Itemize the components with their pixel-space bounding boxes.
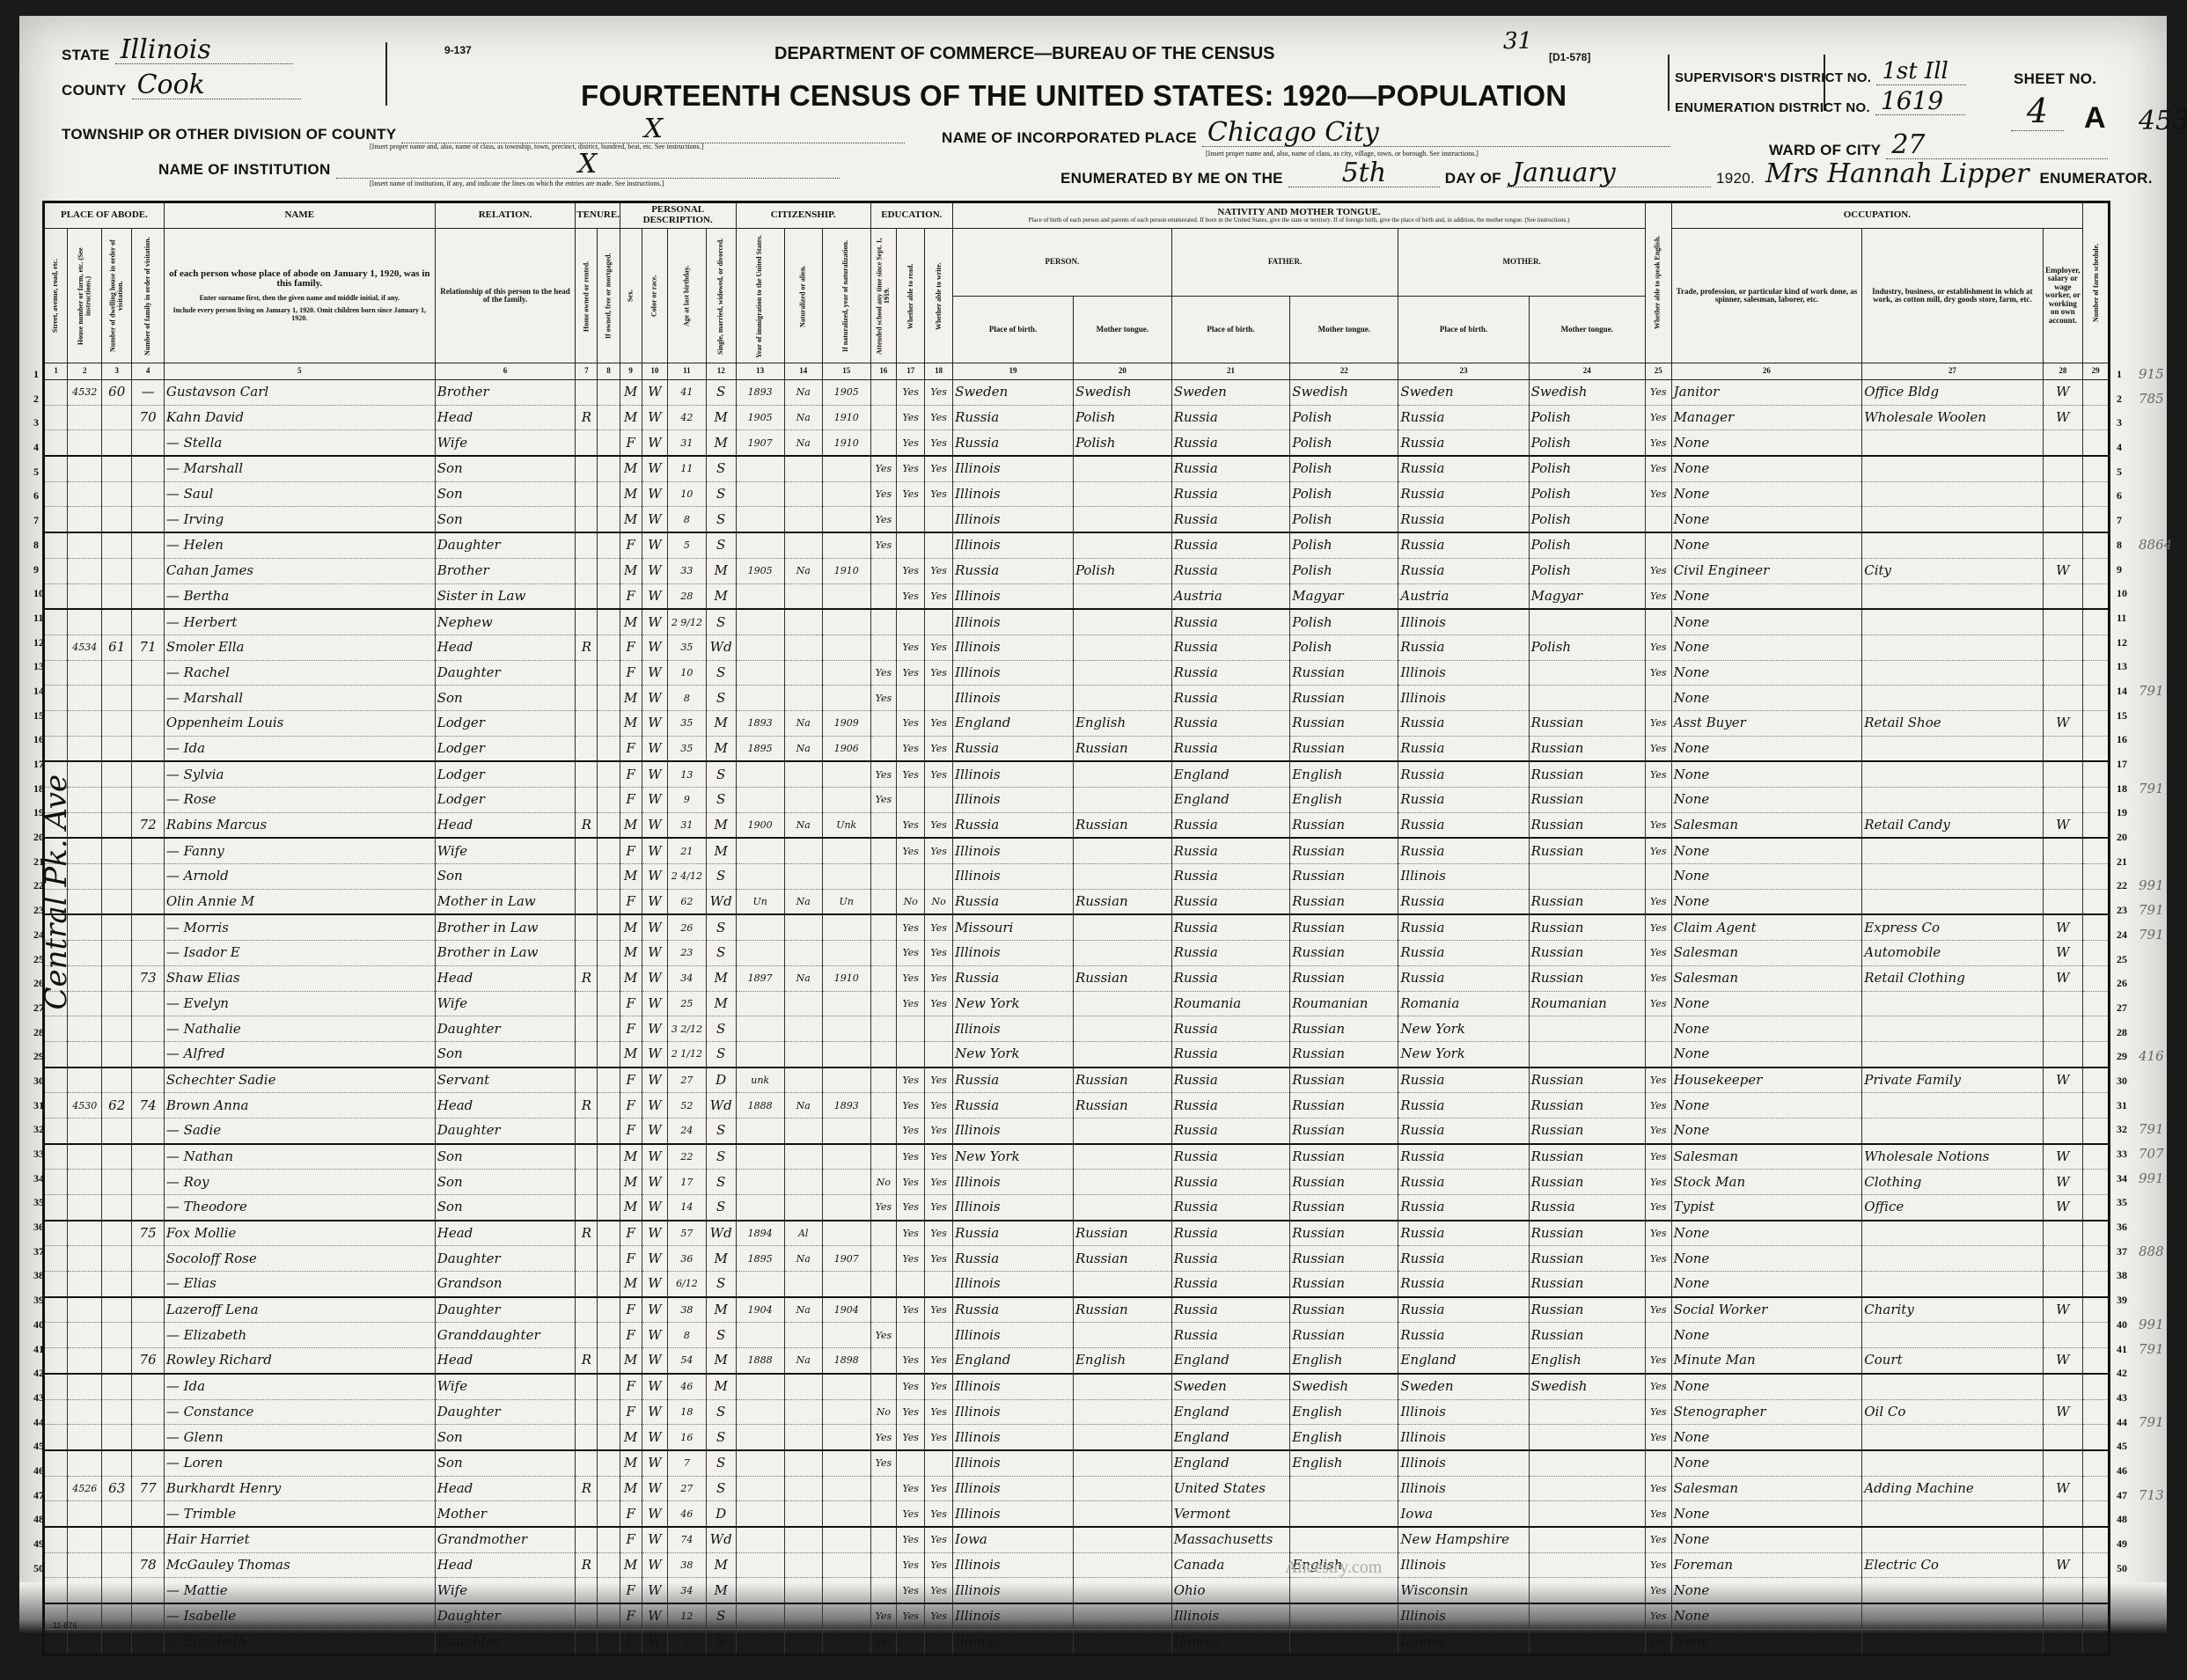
industry-cell: Retail Shoe [1862, 710, 2043, 736]
birthplace-cell: Illinois [953, 1578, 1074, 1603]
family-number-cell [132, 507, 165, 532]
industry-cell [1862, 1323, 2043, 1348]
write-cell: Yes [925, 558, 953, 583]
mother-tongue-of-mother-cell [1529, 1501, 1645, 1527]
relation-cell: Mother [435, 1501, 576, 1527]
house-number-cell [68, 1221, 102, 1246]
speaks-english-cell: Yes [1645, 1399, 1671, 1425]
speaks-english-cell: Yes [1645, 838, 1671, 863]
age-cell: 8 [668, 686, 706, 711]
family-number-cell [132, 1527, 165, 1552]
industry-cell: Office [1862, 1195, 2043, 1221]
margin-note: 785 [2139, 387, 2172, 412]
school-cell [870, 965, 897, 991]
immigration-year-cell [736, 1527, 784, 1552]
census-table: PLACE OF ABODE. NAME RELATION. TENURE. P… [42, 201, 2110, 1656]
father-tongue-cell: Russian [1290, 1323, 1398, 1348]
birthplace-cell: Illinois [953, 507, 1074, 532]
house-number-cell [68, 481, 102, 507]
name-desc-3: Include every person living on January 1… [165, 307, 434, 322]
age-cell: 36 [668, 1246, 706, 1272]
margin-note [2139, 996, 2172, 1021]
school-cell: No [870, 1170, 897, 1195]
col-14-naturalized: Naturalized or alien. [784, 229, 822, 363]
name-cell: — Arnold [164, 864, 435, 890]
right-line-number: 20 [2117, 825, 2134, 850]
sex-cell: M [620, 380, 642, 406]
mother-tongue-cell [1073, 941, 1171, 966]
sex-cell: F [620, 532, 642, 558]
mother-tongue-cell [1073, 660, 1171, 686]
school-cell [870, 1093, 897, 1119]
house-number-cell: 4534 [68, 635, 102, 660]
mother-birthplace-cell: Iowa [1398, 1501, 1529, 1527]
speaks-english-cell: Yes [1645, 660, 1671, 686]
occupation-cell: Foreman [1671, 1552, 1862, 1578]
relation-cell: Lodger [435, 788, 576, 813]
family-number-cell [132, 788, 165, 813]
column-number: 20 [1073, 363, 1171, 380]
father-birthplace-cell: Russia [1171, 609, 1290, 635]
col-13-immigration: Year of immigration to the United States… [736, 229, 784, 363]
family-number-cell [132, 1144, 165, 1170]
table-row: — HelenDaughterFW5SYesIllinoisRussiaPoli… [44, 532, 2110, 558]
immigration-year-cell [736, 914, 784, 940]
margin-note: 791 [2139, 923, 2172, 948]
speaks-english-cell: Yes [1645, 380, 1671, 406]
mother-tongue-of-mother-cell [1529, 1476, 1645, 1501]
farm-schedule-cell [2083, 1552, 2110, 1578]
speaks-english-cell: Yes [1645, 1527, 1671, 1552]
dwelling-number-cell [102, 864, 132, 890]
col-group-tenure: TENURE. [576, 202, 620, 229]
mother-tongue-cell: Russian [1073, 1297, 1171, 1323]
birthplace-cell: New York [953, 1144, 1074, 1170]
write-cell: Yes [925, 1118, 953, 1143]
mother-tongue-cell [1073, 686, 1171, 711]
right-line-number: 1 [2117, 363, 2134, 387]
birthplace-cell: Illinois [953, 1016, 1074, 1042]
right-line-number: 36 [2117, 1215, 2134, 1240]
age-cell: 54 [668, 1348, 706, 1374]
naturalization-year-cell [822, 635, 870, 660]
age-cell: 25 [668, 991, 706, 1016]
school-cell [870, 812, 897, 838]
read-cell: Yes [897, 405, 925, 430]
name-cell: — Nathan [164, 1144, 435, 1170]
occupation-cell: Minute Man [1671, 1348, 1862, 1374]
right-line-number: 11 [2117, 606, 2134, 631]
immigration-year-cell [736, 1118, 784, 1143]
table-row: — RoySonMW17SNoYesYesIllinoisRussiaRussi… [44, 1170, 2110, 1195]
sex-cell: F [620, 635, 642, 660]
name-desc-2: Enter surname first, then the given name… [165, 295, 434, 302]
write-cell: Yes [925, 710, 953, 736]
industry-cell: Private Family [1862, 1067, 2043, 1093]
father-tongue-cell: Swedish [1290, 380, 1398, 406]
father-tongue-cell: Russian [1290, 1118, 1398, 1143]
col-group-name: NAME [164, 202, 435, 229]
mother-birthplace-cell: Russia [1398, 710, 1529, 736]
race-cell: W [642, 1093, 668, 1119]
mortgage-cell [598, 1399, 620, 1425]
name-cell: — Irving [164, 507, 435, 532]
school-cell: Yes [870, 1195, 897, 1221]
farm-schedule-cell [2083, 532, 2110, 558]
worker-class-cell [2043, 991, 2083, 1016]
institution-field: NAME OF INSTITUTION X [158, 151, 840, 179]
mortgage-cell [598, 532, 620, 558]
dwelling-number-cell [102, 1067, 132, 1093]
family-number-cell: 71 [132, 635, 165, 660]
age-cell: 2 1/12 [668, 1041, 706, 1067]
school-cell [870, 1016, 897, 1042]
immigration-year-cell [736, 507, 784, 532]
read-cell [897, 1016, 925, 1042]
table-row: — EliasGrandsonMW6/12SIllinoisRussiaRuss… [44, 1272, 2110, 1297]
margin-note [2139, 484, 2172, 509]
father-tongue-cell: Russian [1290, 1093, 1398, 1119]
house-number-cell [68, 686, 102, 711]
left-line-number: 10 [33, 582, 51, 606]
worker-class-cell: W [2043, 1297, 2083, 1323]
table-row: — MattieWifeFW34MYesYesIllinoisOhioWisco… [44, 1578, 2110, 1603]
naturalization-year-cell [822, 1118, 870, 1143]
mother-birthplace-cell: Russia [1398, 1246, 1529, 1272]
school-cell: Yes [870, 1323, 897, 1348]
father-tongue-cell: Russian [1290, 965, 1398, 991]
col-3-dwelling: Number of dwelling house in order of vis… [102, 229, 132, 363]
dwelling-number-cell [102, 1603, 132, 1629]
school-cell: No [870, 1399, 897, 1425]
father-birthplace-cell: Sweden [1171, 1374, 1290, 1399]
industry-cell: Court [1862, 1348, 2043, 1374]
mother-birthplace-cell: Russia [1398, 430, 1529, 456]
right-line-number: 8 [2117, 533, 2134, 558]
father-tongue-cell: Russian [1290, 1272, 1398, 1297]
naturalization-status-cell [784, 914, 822, 940]
street-name-margin: Central Pk. Ave [39, 774, 74, 1010]
farm-schedule-cell [2083, 1297, 2110, 1323]
speaks-english-cell: Yes [1645, 583, 1671, 609]
immigration-year-cell: 1905 [736, 405, 784, 430]
mother-tongue-cell: Russian [1073, 1067, 1171, 1093]
tenure-cell: R [576, 1093, 598, 1119]
industry-cell: Express Co [1862, 914, 2043, 940]
naturalization-year-cell: Unk [822, 812, 870, 838]
name-cell: — Loren [164, 1450, 435, 1476]
right-line-number: 42 [2117, 1361, 2134, 1386]
right-line-number: 33 [2117, 1142, 2134, 1167]
tenure-cell [576, 456, 598, 481]
family-number-cell [132, 914, 165, 940]
family-number-cell [132, 1118, 165, 1143]
sex-cell: F [620, 1118, 642, 1143]
relation-cell: Son [435, 686, 576, 711]
column-number: 29 [2083, 363, 2110, 380]
speaks-english-cell: Yes [1645, 1118, 1671, 1143]
naturalization-year-cell: 1906 [822, 736, 870, 761]
occupation-cell: Salesman [1671, 1476, 1862, 1501]
tenure-cell: R [576, 1552, 598, 1578]
marital-status-cell: S [706, 1272, 736, 1297]
dwelling-number-cell [102, 710, 132, 736]
left-line-number: 7 [33, 509, 51, 533]
naturalization-year-cell [822, 1629, 870, 1655]
naturalization-status-cell [784, 1450, 822, 1476]
mortgage-cell [598, 965, 620, 991]
occupation-cell: None [1671, 635, 1862, 660]
naturalization-year-cell [822, 1195, 870, 1221]
mortgage-cell [598, 1450, 620, 1476]
family-number-cell [132, 1067, 165, 1093]
industry-cell [1862, 736, 2043, 761]
mother-tongue-of-mother-cell: Russian [1529, 941, 1645, 966]
immigration-year-cell [736, 864, 784, 890]
age-cell: 13 [668, 761, 706, 787]
marital-status-cell: M [706, 1246, 736, 1272]
mortgage-cell [598, 1476, 620, 1501]
speaks-english-cell: Yes [1645, 1221, 1671, 1246]
age-cell: 34 [668, 965, 706, 991]
family-number-cell [132, 864, 165, 890]
state-value: Illinois [115, 37, 293, 64]
farm-schedule-cell [2083, 941, 2110, 966]
institution-label: NAME OF INSTITUTION [158, 161, 331, 179]
house-number-cell [68, 1399, 102, 1425]
school-cell [870, 1578, 897, 1603]
worker-class-cell [2043, 761, 2083, 787]
left-line-number: 37 [33, 1240, 51, 1265]
mother-tongue-of-mother-cell: Russian [1529, 788, 1645, 813]
mother-tongue-cell [1073, 1527, 1171, 1552]
worker-class-cell [2043, 889, 2083, 914]
col-group-citizenship: CITIZENSHIP. [736, 202, 870, 229]
speaks-english-cell [1645, 788, 1671, 813]
naturalization-year-cell: 1909 [822, 710, 870, 736]
worker-class-cell: W [2043, 380, 2083, 406]
mother-birthplace-cell: Russia [1398, 1118, 1529, 1143]
family-number-cell [132, 1297, 165, 1323]
race-cell: W [642, 1501, 668, 1527]
speaks-english-cell: Yes [1645, 1425, 1671, 1450]
occupation-cell: Salesman [1671, 941, 1862, 966]
school-cell [870, 1246, 897, 1272]
write-cell: Yes [925, 736, 953, 761]
write-cell [925, 609, 953, 635]
col-2-house: House number or farm, etc. (See instruct… [68, 229, 102, 363]
name-cell: — Sylvia [164, 761, 435, 787]
naturalization-year-cell [822, 1221, 870, 1246]
mortgage-cell [598, 788, 620, 813]
write-cell: Yes [925, 1093, 953, 1119]
margin-note [2139, 1434, 2172, 1459]
relation-cell: Son [435, 1195, 576, 1221]
col-5-name: of each person whose place of abode on J… [164, 229, 435, 363]
table-row: 45346171Smoler EllaHeadRFW35WdYesYesIlli… [44, 635, 2110, 660]
marital-status-cell: M [706, 558, 736, 583]
write-cell: Yes [925, 430, 953, 456]
family-number-cell [132, 1629, 165, 1655]
table-row: — RachelDaughterFW10SYesYesYesIllinoisRu… [44, 660, 2110, 686]
worker-class-cell [2043, 1425, 2083, 1450]
table-row: 70Kahn DavidHeadRMW42M1905Na1910YesYesRu… [44, 405, 2110, 430]
mortgage-cell [598, 1041, 620, 1067]
family-number-cell [132, 1374, 165, 1399]
immigration-year-cell [736, 1374, 784, 1399]
house-number-cell [68, 1374, 102, 1399]
sex-cell: F [620, 1297, 642, 1323]
column-number: 16 [870, 363, 897, 380]
naturalization-year-cell [822, 761, 870, 787]
occupation-cell: None [1671, 788, 1862, 813]
speaks-english-cell: Yes [1645, 736, 1671, 761]
mortgage-cell [598, 761, 620, 787]
relation-cell: Wife [435, 1374, 576, 1399]
immigration-year-cell [736, 1272, 784, 1297]
naturalization-status-cell: Na [784, 558, 822, 583]
mother-birthplace-cell: Russia [1398, 788, 1529, 813]
father-tongue-cell: Polish [1290, 558, 1398, 583]
mother-tongue-cell [1073, 788, 1171, 813]
father-birthplace-cell: Russia [1171, 1170, 1290, 1195]
tenure-cell [576, 736, 598, 761]
dwelling-number-cell [102, 812, 132, 838]
name-cell: Olin Annie M [164, 889, 435, 914]
mother-tongue-of-mother-cell: Russian [1529, 965, 1645, 991]
column-number: 26 [1671, 363, 1862, 380]
dwelling-number-cell [102, 838, 132, 863]
read-cell [897, 1041, 925, 1067]
race-cell: W [642, 1144, 668, 1170]
right-line-number: 46 [2117, 1459, 2134, 1484]
birthplace-cell: Russia [953, 1246, 1074, 1272]
mother-tongue-of-mother-cell [1529, 1578, 1645, 1603]
read-cell: Yes [897, 736, 925, 761]
race-cell: W [642, 864, 668, 890]
mother-birthplace-cell: Russia [1398, 405, 1529, 430]
margin-notes: 9157858864791791991791791416791707991888… [2139, 363, 2172, 1581]
read-cell: Yes [897, 430, 925, 456]
school-cell [870, 1297, 897, 1323]
write-cell: Yes [925, 405, 953, 430]
tenure-cell [576, 1016, 598, 1042]
naturalization-status-cell [784, 1272, 822, 1297]
tenure-cell [576, 1629, 598, 1655]
industry-cell: Clothing [1862, 1170, 2043, 1195]
read-cell: Yes [897, 583, 925, 609]
sex-cell: F [620, 1093, 642, 1119]
immigration-year-cell [736, 609, 784, 635]
mother-tongue-of-mother-cell: Swedish [1529, 1374, 1645, 1399]
house-number-cell [68, 1501, 102, 1527]
immigration-year-cell [736, 838, 784, 863]
worker-class-cell [2043, 635, 2083, 660]
age-cell: 6/12 [668, 1272, 706, 1297]
sex-cell: M [620, 1450, 642, 1476]
column-number: 10 [642, 363, 668, 380]
farm-schedule-cell [2083, 838, 2110, 863]
naturalization-year-cell [822, 686, 870, 711]
house-number-cell [68, 660, 102, 686]
write-cell: Yes [925, 380, 953, 406]
father-tongue-cell: English [1290, 788, 1398, 813]
mother-tongue-cell: Polish [1073, 405, 1171, 430]
tenure-cell [576, 1399, 598, 1425]
occupation-cell: None [1671, 1578, 1862, 1603]
father-tongue-cell: Russian [1290, 686, 1398, 711]
father-tongue-cell: Russian [1290, 889, 1398, 914]
house-number-cell [68, 1450, 102, 1476]
name-cell: Hair Harriet [164, 1527, 435, 1552]
right-line-number: 19 [2117, 801, 2134, 825]
dwelling-number-cell [102, 1450, 132, 1476]
name-cell: Burkhardt Henry [164, 1476, 435, 1501]
age-cell: 38 [668, 1552, 706, 1578]
immigration-year-cell: 1888 [736, 1348, 784, 1374]
margin-note-top: 453/527 [2139, 106, 2187, 136]
relation-cell: Grandson [435, 1272, 576, 1297]
mother-birthplace-cell: Illinois [1398, 686, 1529, 711]
speaks-english-cell [1645, 864, 1671, 890]
industry-cell: Wholesale Woolen [1862, 405, 2043, 430]
left-line-number: 39 [33, 1288, 51, 1313]
immigration-year-cell: 1895 [736, 736, 784, 761]
table-row: 453260—Gustavson CarlBrotherMW41S1893Na1… [44, 380, 2110, 406]
enumeration-district-value: 1619 [1875, 88, 1965, 115]
write-cell: Yes [925, 1476, 953, 1501]
birthplace-cell: Illinois [953, 1552, 1074, 1578]
father-birthplace-cell: Russia [1171, 558, 1290, 583]
marital-status-cell: S [706, 1118, 736, 1143]
farm-schedule-cell [2083, 1144, 2110, 1170]
occupation-cell: None [1671, 1425, 1862, 1450]
speaks-english-cell: Yes [1645, 914, 1671, 940]
read-cell [897, 788, 925, 813]
birthplace-cell: Missouri [953, 914, 1074, 940]
house-number-cell [68, 1552, 102, 1578]
mortgage-cell [598, 456, 620, 481]
read-cell: Yes [897, 660, 925, 686]
occupation-cell: None [1671, 481, 1862, 507]
name-cell: — Fanny [164, 838, 435, 863]
margin-note [2139, 436, 2172, 460]
name-cell: Rowley Richard [164, 1348, 435, 1374]
margin-note: 707 [2139, 1142, 2172, 1167]
industry-cell [1862, 532, 2043, 558]
dwelling-number-cell [102, 1552, 132, 1578]
margin-note: 791 [2139, 679, 2172, 704]
relation-cell: Brother in Law [435, 914, 576, 940]
father-birthplace-cell: Russia [1171, 914, 1290, 940]
column-number: 3 [102, 363, 132, 380]
industry-cell: City [1862, 558, 2043, 583]
column-number: 9 [620, 363, 642, 380]
father-tongue-cell: Polish [1290, 532, 1398, 558]
father-tongue-cell: Russian [1290, 1067, 1398, 1093]
farm-schedule-cell [2083, 991, 2110, 1016]
immigration-year-cell: 1895 [736, 1246, 784, 1272]
father-birthplace-cell: Canada [1171, 1552, 1290, 1578]
industry-cell [1862, 609, 2043, 635]
father-tongue-cell: Russian [1290, 1041, 1398, 1067]
relation-cell: Lodger [435, 736, 576, 761]
naturalization-status-cell [784, 1170, 822, 1195]
table-row: Hair HarrietGrandmotherFW74WdYesYesIowaM… [44, 1527, 2110, 1552]
dwelling-number-cell [102, 1195, 132, 1221]
mother-birthplace-cell: Russia [1398, 558, 1529, 583]
industry-cell: Electric Co [1862, 1552, 2043, 1578]
